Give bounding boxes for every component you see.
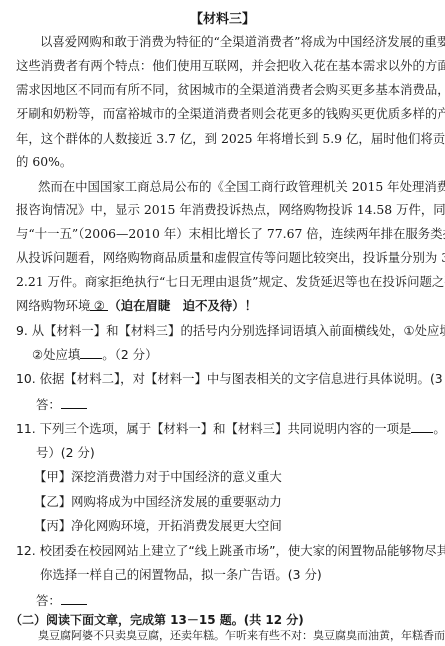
q10-text: 10. 依据【材料二】，对【材料一】中与图表相关的文字信息进行具体说明。(3 分… [16, 371, 445, 387]
q9-line2-text: ②处应填 [32, 347, 80, 362]
material3-para2-line1: 然而在中国国家工商总局公布的《全国工商行政管理机关 2015 年处理消费者投诉举 [38, 179, 445, 195]
q11-text: 11. 下列三个选项，属于【材料一】和【材料三】共同说明内容的一项是 [16, 421, 411, 436]
material3-para2-line4: 从投诉问题看，网络购物商品质量和虚假宣传等问题比较突出，投诉量分别为 3.7 万… [16, 250, 445, 266]
material3-para1-line4: 牙刷和奶粉等，而富裕城市的全渠道消费者则会花更多的钱购买更优质多样的产品。201… [16, 106, 445, 122]
section2-heading: （二）阅读下面文章，完成第 13－15 题。(共 12 分) [10, 612, 304, 628]
q9-score: 。（2 分） [102, 347, 157, 362]
q11-option-jia: 【甲】深挖消费潜力对于中国经济的意义重大 [34, 469, 282, 485]
section2-para-line1: 臭豆腐阿婆不只卖臭豆腐，还卖年糕。乍听来有些不对：臭豆腐臭而油黄，年糕香而 [38, 628, 445, 644]
material3-para1-line5: 年，这个群体的人数接近 3.7 亿，到 2025 年将增长到 5.9 亿，届时他… [16, 131, 445, 147]
material3-title: 【材料三】 [0, 12, 445, 28]
q11-note: 。(只填序 [433, 421, 445, 436]
q10-answer-blank[interactable] [61, 396, 87, 409]
material3-para1-line1: 以喜爱网购和敢于消费为特征的“全渠道消费者”将成为中国经济发展的重要驱动力。 [40, 34, 445, 50]
q11-option-yi: 【乙】网购将成为中国经济发展的重要驱动力 [34, 494, 282, 510]
q9-blank-2[interactable] [80, 346, 102, 359]
material3-para2-line6: 网络购物环境②（迫在眉睫 迫不及待）！ [16, 298, 257, 314]
material3-para2-line3: 与“十一五”（2006—2010 年）末相比增长了 77.67 倍，连续两年排在… [16, 226, 445, 242]
q12-line2: 你选择一样自己的闲置物品，拟一条广告语。(3 分) [40, 567, 322, 583]
material3-para2-line5: 2.21 万件。商家拒绝执行“七日无理由退货”规定、发货延迟等也在投诉问题之列。… [16, 274, 445, 290]
para2-last-prefix: 网络购物环境 [16, 298, 90, 313]
choice-words: （迫在眉睫 迫不及待）！ [108, 298, 257, 313]
q9-line2: ②处应填。（2 分） [32, 346, 157, 363]
q11-line1: 11. 下列三个选项，属于【材料一】和【材料三】共同说明内容的一项是。(只填序 [16, 420, 445, 437]
q9-text: 9. 从【材料一】和【材料三】的括号内分别选择词语填入前面横线处，①处应填 [16, 323, 445, 338]
exam-page: 【材料三】 以喜爱网购和敢于消费为特征的“全渠道消费者”将成为中国经济发展的重要… [0, 0, 445, 646]
q12-answer-blank[interactable] [61, 592, 87, 605]
q12-answer: 答： [36, 592, 87, 609]
q12-line1: 12. 校团委在校园网站上建立了“线上跳蚤市场”，使大家的闲置物品能够物尽其用。… [16, 543, 445, 559]
q11-option-bing: 【丙】净化网购环境，开拓消费发展更大空间 [34, 518, 282, 534]
q11-blank[interactable] [411, 420, 433, 433]
answer-label: 答： [36, 593, 61, 608]
material3-para1-line3: 需求因地区不同而有所不同，贫困城市的全渠道消费者会购买更多基本消费品，如纸巾、 [16, 82, 445, 98]
blank-2: ② [90, 298, 108, 311]
material3-para1-line2: 这些消费者有两个特点：他们使用互联网，并会把收入花在基本需求以外的方面。他们的 [16, 58, 445, 74]
material3-para1-line6: 的 60%。 [16, 154, 72, 170]
q9-line1: 9. 从【材料一】和【材料三】的括号内分别选择词语填入前面横线处，①处应填， [16, 322, 445, 339]
material3-para2-line2: 报咨询情况》中，显示 2015 年消费投诉热点，网络购物投诉 14.58 万件，… [16, 202, 445, 218]
q10-answer: 答： [36, 396, 87, 413]
answer-label: 答： [36, 397, 61, 412]
q11-line2: 号）(2 分) [36, 445, 95, 461]
